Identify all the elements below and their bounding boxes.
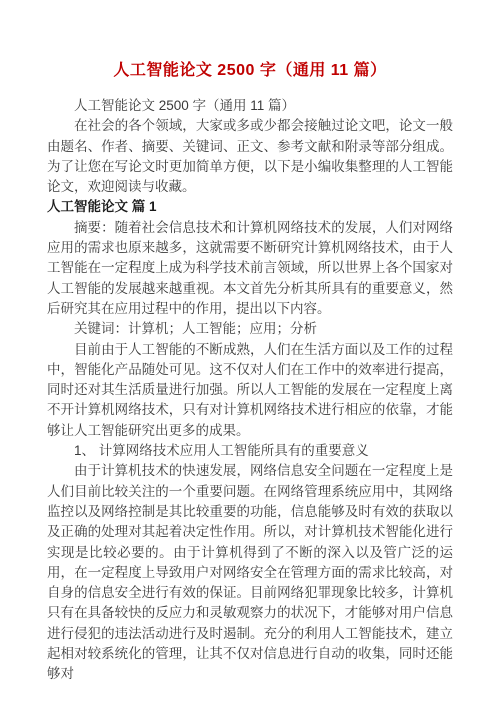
document-body: 人工智能论文 2500 字（通用 11 篇） 在社会的各个领域，大家或多或少都会… (47, 96, 453, 685)
paragraph: 由于计算机技术的快速发展，网络信息安全问题在一定程度上是人们目前比较关注的一个重… (47, 461, 453, 684)
paragraph-numbered-heading: 1、 计算网络技术应用人工智能所具有的重要意义 (47, 441, 453, 461)
paragraph-abstract: 摘要：随着社会信息技术和计算机网络技术的发展，人们对网络应用的需求也原来越多，这… (47, 218, 453, 319)
document-page: 人工智能论文 2500 字（通用 11 篇） 人工智能论文 2500 字（通用 … (0, 0, 500, 707)
paragraph: 目前由于人工智能的不断成熟，人们在生活方面以及工作的过程中，智能化产品随处可见。… (47, 340, 453, 441)
paragraph-keywords: 关键词：计算机；人工智能；应用；分析 (47, 319, 453, 339)
section-heading: 人工智能论文 篇 1 (47, 197, 453, 217)
page-title: 人工智能论文 2500 字（通用 11 篇） (47, 60, 453, 82)
paragraph: 在社会的各个领域，大家或多或少都会接触过论文吧，论文一般由题名、作者、摘要、关键… (47, 116, 453, 197)
paragraph: 人工智能论文 2500 字（通用 11 篇） (47, 96, 453, 116)
